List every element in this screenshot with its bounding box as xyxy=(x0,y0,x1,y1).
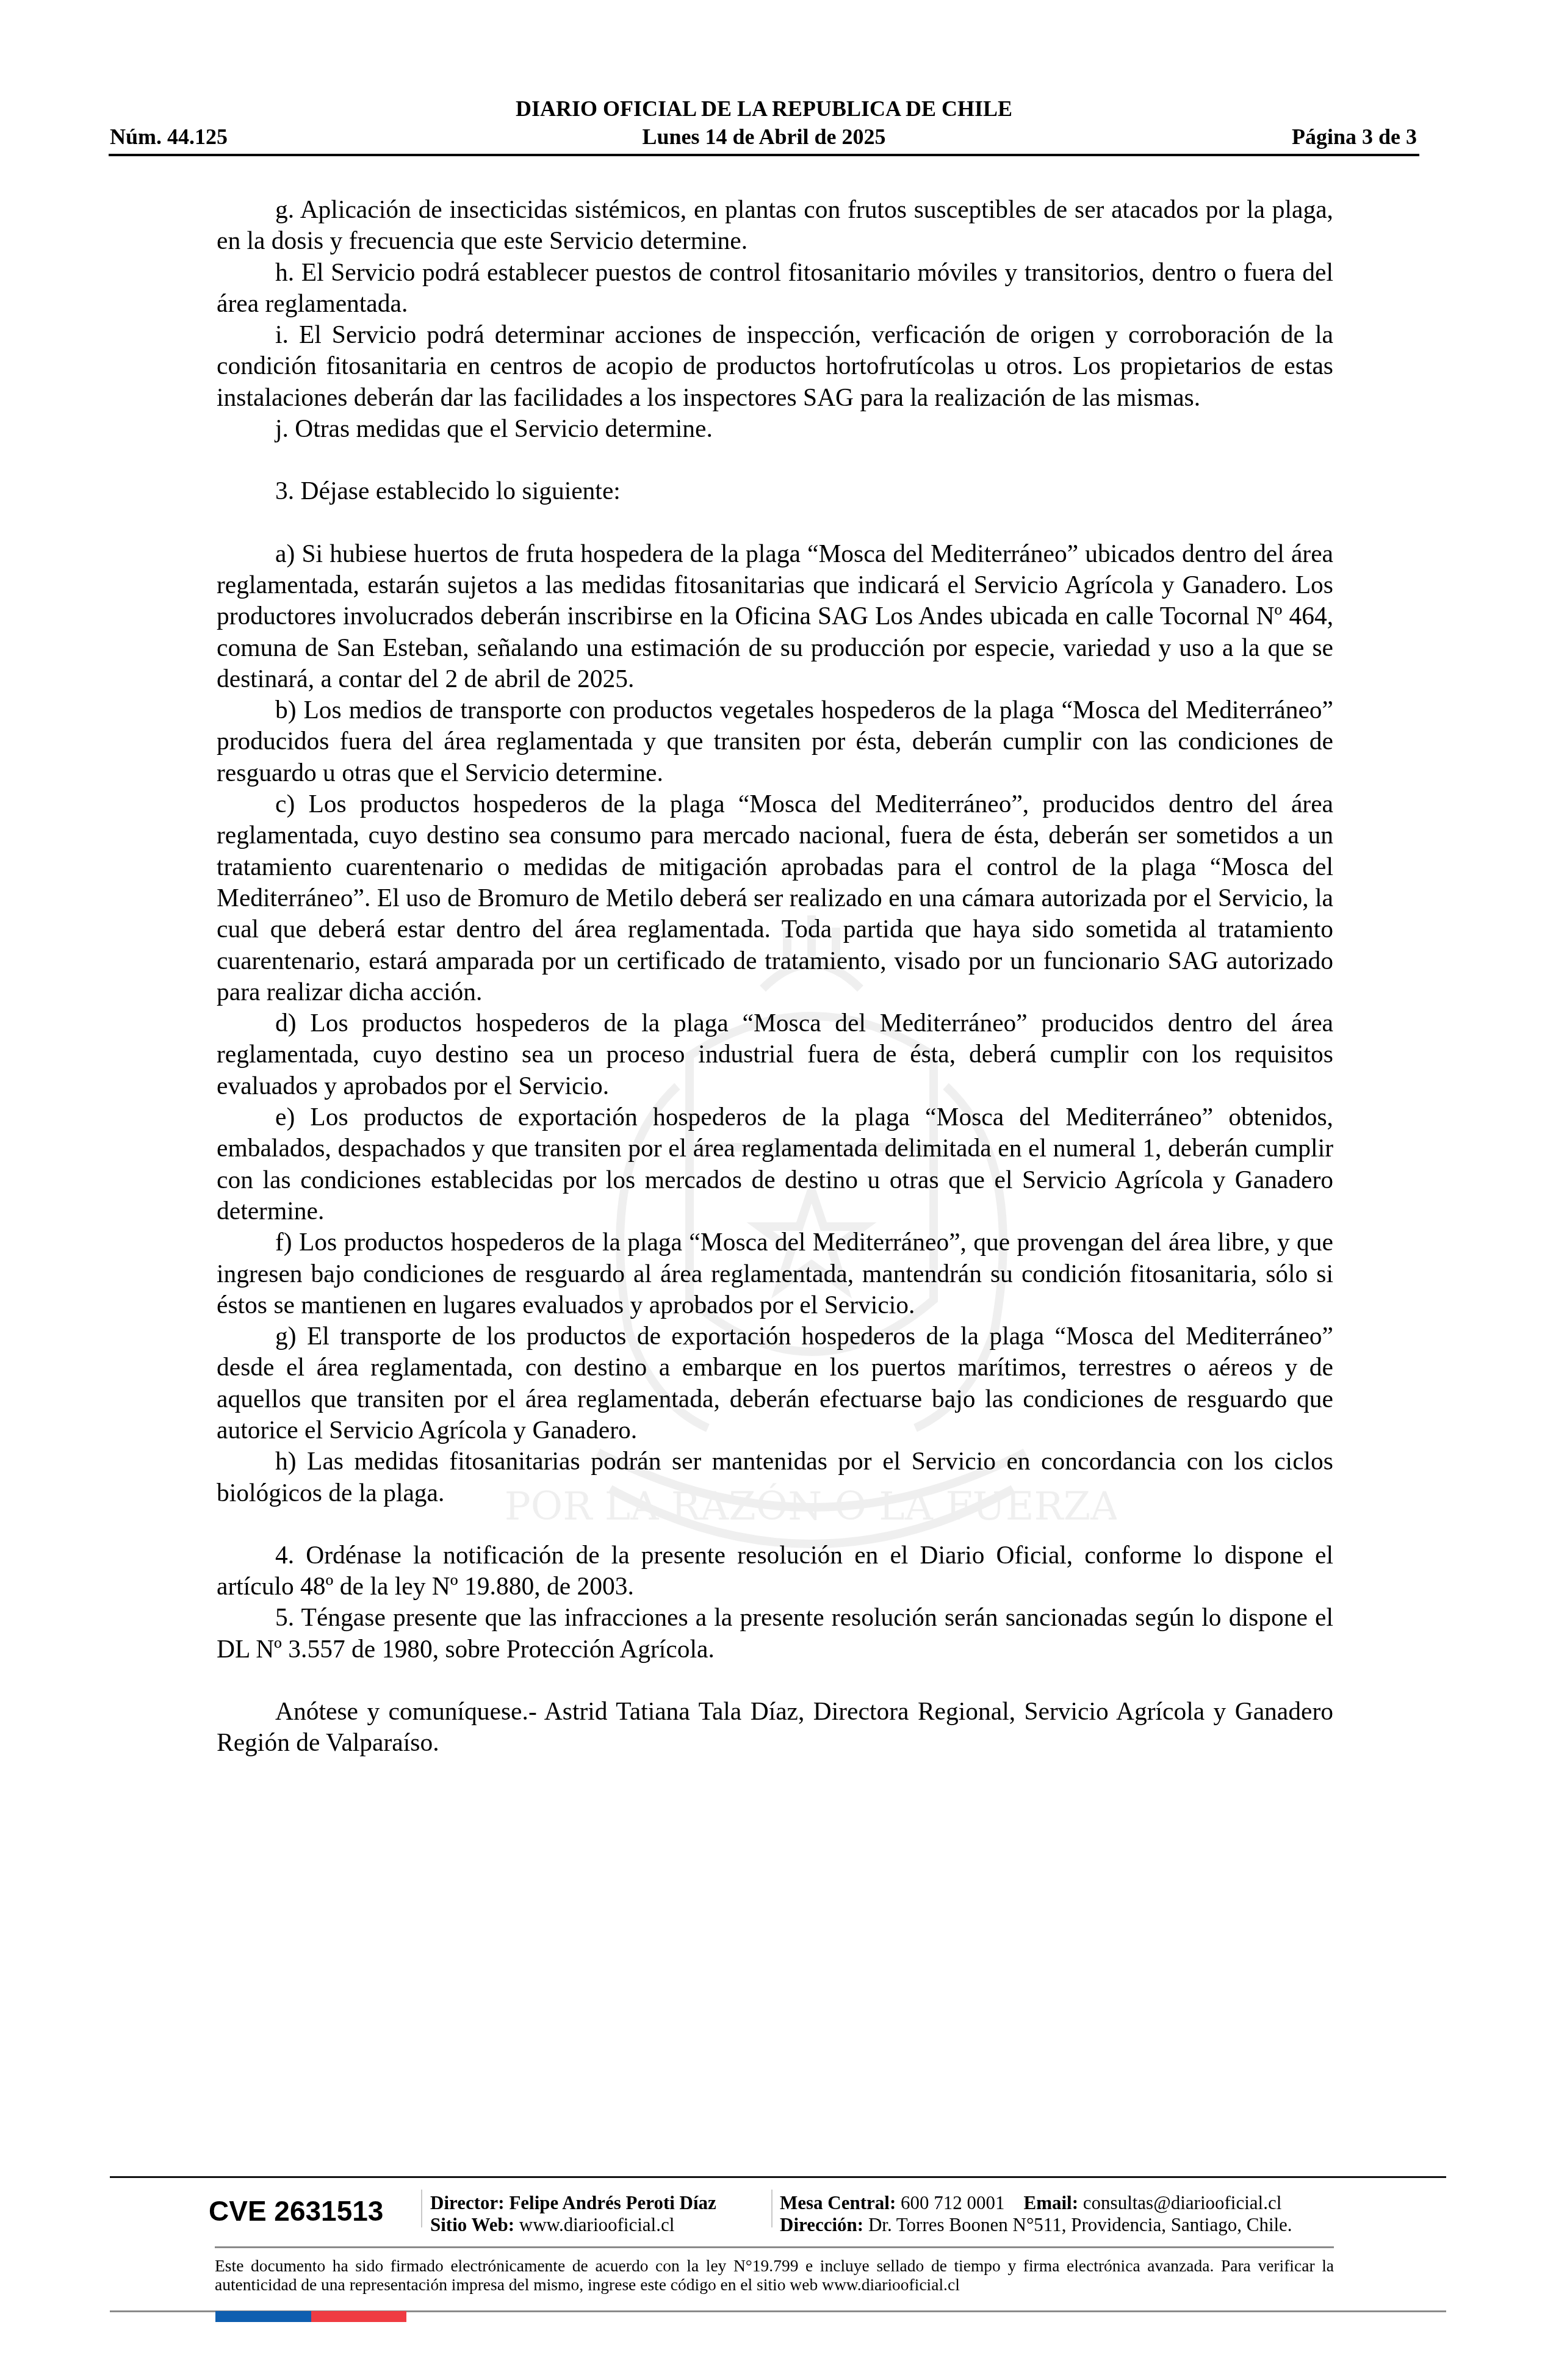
section-3-heading: 3. Déjase establecido lo siguiente: xyxy=(217,475,1333,507)
paragraph-2j: j. Otras medidas que el Servicio determi… xyxy=(217,413,1333,444)
director-label: Director: xyxy=(430,2192,505,2213)
director-line: Director: Felipe Andrés Peroti Díaz xyxy=(430,2192,716,2214)
footer-contact-block: Mesa Central: 600 712 0001 Email: consul… xyxy=(780,2192,1292,2236)
website-line: Sitio Web: www.diariooficial.cl xyxy=(430,2214,716,2236)
paragraph-3d: d) Los productos hospederos de la plaga … xyxy=(217,1008,1333,1102)
footer-separator xyxy=(771,2190,773,2227)
contact-line: Mesa Central: 600 712 0001 Email: consul… xyxy=(780,2192,1292,2214)
footer-director-block: Director: Felipe Andrés Peroti Díaz Siti… xyxy=(430,2192,716,2236)
legal-notice: Este documento ha sido firmado electróni… xyxy=(215,2256,1334,2294)
paragraph-2h: h. El Servicio podrá establecer puestos … xyxy=(217,257,1333,320)
paragraph-5: 5. Téngase presente que las infracciones… xyxy=(217,1602,1333,1665)
footer-middle-divider xyxy=(215,2246,1334,2248)
flag-stripe-red xyxy=(311,2311,406,2322)
spacer xyxy=(217,1665,1333,1696)
masthead-title: DIARIO OFICIAL DE LA REPUBLICA DE CHILE xyxy=(109,96,1419,121)
phone-label: Mesa Central: xyxy=(780,2192,896,2213)
paragraph-2i: i. El Servicio podrá determinar acciones… xyxy=(217,319,1333,413)
cve-code: CVE 2631513 xyxy=(209,2196,383,2226)
header-divider xyxy=(109,154,1419,156)
email-link[interactable]: consultas@diariooficial.cl xyxy=(1083,2192,1282,2213)
email-label: Email: xyxy=(1024,2192,1079,2213)
paragraph-2g: g. Aplicación de insecticidas sistémicos… xyxy=(217,194,1333,257)
footer-bottom-divider xyxy=(110,2310,1446,2312)
issue-date: Lunes 14 de Abril de 2025 xyxy=(109,123,1419,150)
paragraph-3h: h) Las medidas fitosanitarias podrán ser… xyxy=(217,1446,1333,1509)
paragraph-4: 4. Ordénase la notificación de la presen… xyxy=(217,1540,1333,1603)
closing-signature: Anótese y comuníquese.- Astrid Tatiana T… xyxy=(217,1696,1333,1759)
spacer xyxy=(217,507,1333,538)
paragraph-3e: e) Los productos de exportación hospeder… xyxy=(217,1102,1333,1227)
paragraph-3c: c) Los productos hospederos de la plaga … xyxy=(217,788,1333,1008)
address-label: Dirección: xyxy=(780,2214,863,2235)
paragraph-3b: b) Los medios de transporte con producto… xyxy=(217,694,1333,788)
flag-stripe-blue xyxy=(215,2311,311,2322)
spacer xyxy=(217,444,1333,475)
website-link[interactable]: www.diariooficial.cl xyxy=(519,2214,675,2235)
website-label: Sitio Web: xyxy=(430,2214,514,2235)
header-info-row: Núm. 44.125 Lunes 14 de Abril de 2025 Pá… xyxy=(109,123,1419,150)
page-header: DIARIO OFICIAL DE LA REPUBLICA DE CHILE … xyxy=(109,92,1419,157)
spacer xyxy=(217,1509,1333,1540)
director-name: Felipe Andrés Peroti Díaz xyxy=(509,2192,716,2213)
paragraph-3a: a) Si hubiese huertos de fruta hospedera… xyxy=(217,538,1333,694)
address-line: Dirección: Dr. Torres Boonen N°511, Prov… xyxy=(780,2214,1292,2236)
document-body: g. Aplicación de insecticidas sistémicos… xyxy=(217,194,1333,1759)
paragraph-3g: g) El transporte de los productos de exp… xyxy=(217,1321,1333,1446)
address-value: Dr. Torres Boonen N°511, Providencia, Sa… xyxy=(868,2214,1292,2235)
phone-number: 600 712 0001 xyxy=(901,2192,1005,2213)
paragraph-3f: f) Los productos hospederos de la plaga … xyxy=(217,1227,1333,1321)
footer-top-divider xyxy=(110,2176,1446,2178)
page-indicator: Página 3 de 3 xyxy=(1292,123,1417,150)
footer-separator xyxy=(421,2190,422,2227)
